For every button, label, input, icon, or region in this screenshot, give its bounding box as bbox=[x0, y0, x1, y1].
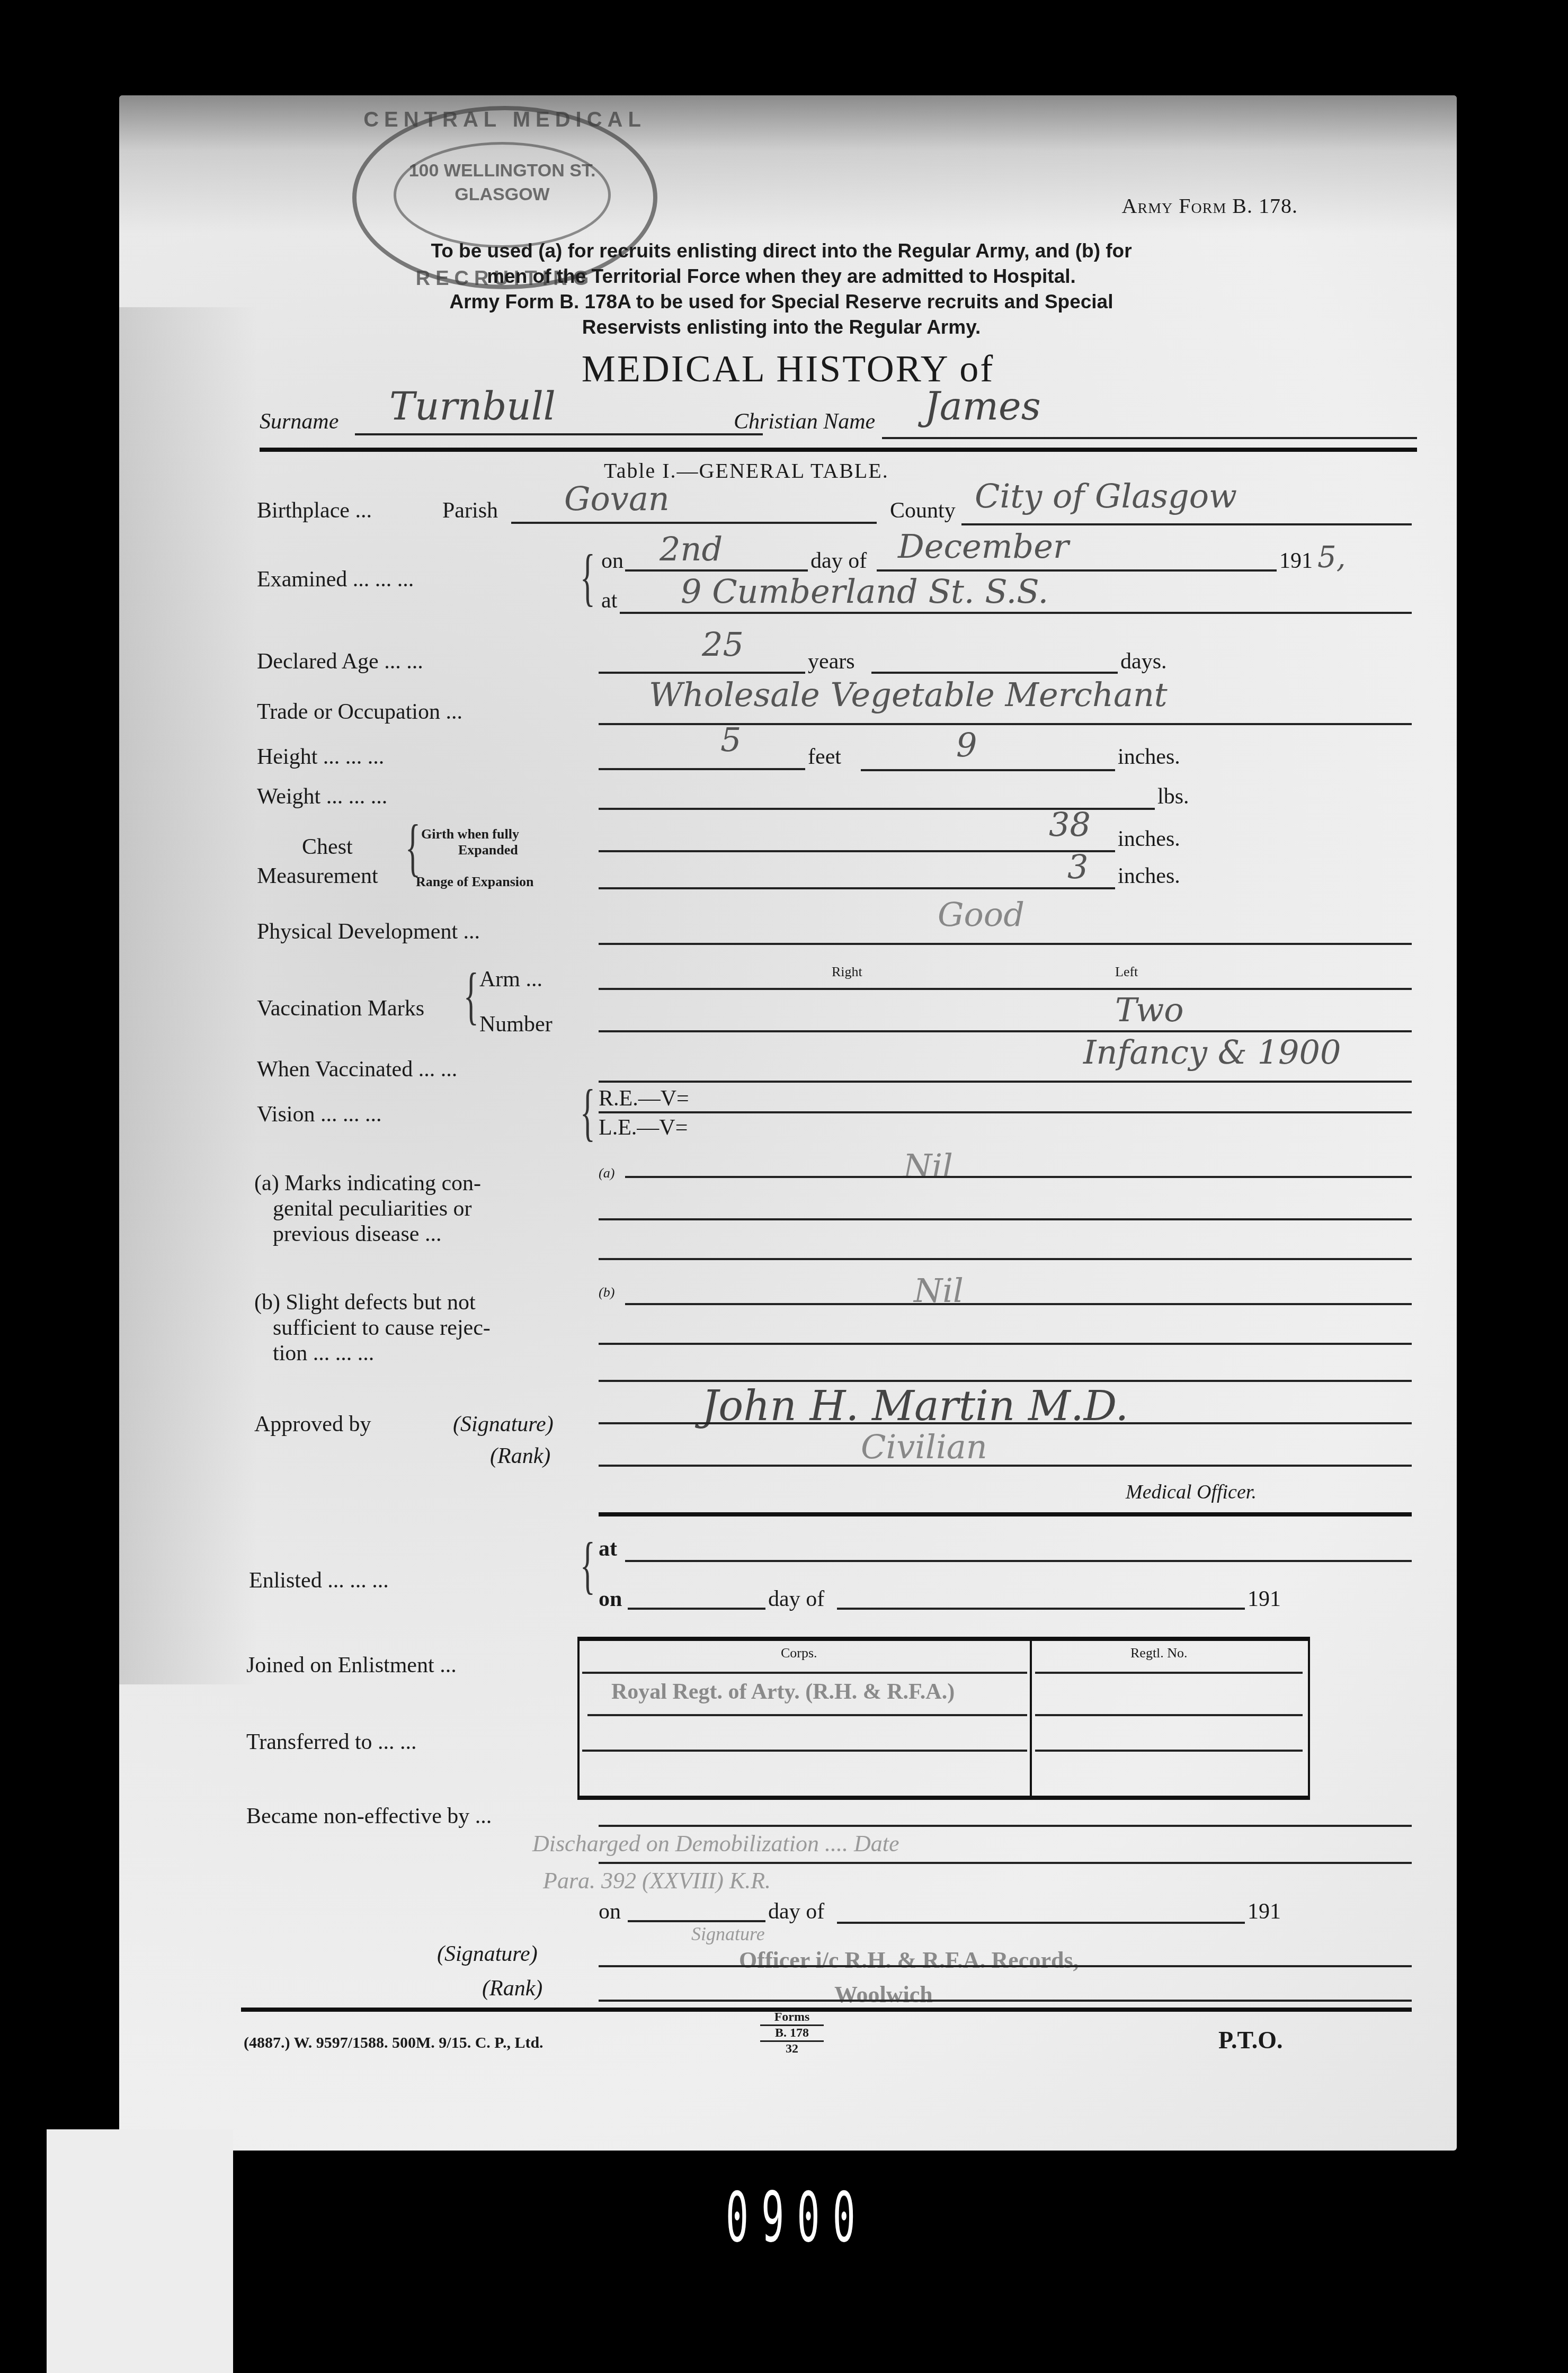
instruction-line-2: men of the Territorial Force when they a… bbox=[225, 264, 1338, 289]
approved-rank-value: Civilian bbox=[861, 1428, 987, 1466]
height-feet-value: 5 bbox=[720, 720, 741, 759]
girth-label-1: Girth when fully bbox=[421, 826, 519, 842]
instruction-line-3: Army Form B. 178A to be used for Special… bbox=[225, 289, 1338, 315]
days-label: days. bbox=[1120, 649, 1167, 674]
vaccination-marks-label: Vaccination Marks bbox=[257, 996, 424, 1021]
non-effective-day-of-label: day of bbox=[768, 1899, 824, 1924]
transferred-to-label: Transferred to ... ... bbox=[246, 1729, 417, 1755]
christian-name-label: Christian Name bbox=[734, 409, 875, 434]
when-vaccinated-value: Infancy & 1900 bbox=[1083, 1033, 1341, 1072]
examined-on-label: on bbox=[601, 548, 623, 574]
stamp-city: GLASGOW bbox=[396, 184, 608, 205]
print-code: (4887.) W. 9597/1588. 500M. 9/15. C. P.,… bbox=[244, 2034, 544, 2052]
corps-table: Corps. Regtl. No. Royal Regt. of Arty. (… bbox=[577, 1637, 1310, 1800]
adjacent-page-strip bbox=[47, 2129, 233, 2373]
height-inches-value: 9 bbox=[956, 726, 977, 764]
years-label: years bbox=[808, 649, 855, 674]
surname-value: Turnbull bbox=[389, 384, 556, 429]
non-effective-year-label: 191 bbox=[1248, 1899, 1281, 1924]
marks-a-label-1: (a) Marks indicating con- bbox=[254, 1171, 481, 1196]
enlisted-brace: { bbox=[580, 1533, 595, 1597]
vision-re-label: R.E.—V= bbox=[599, 1086, 689, 1111]
stamp-address: 100 WELLINGTON ST. bbox=[396, 160, 608, 181]
examined-day-of-label: day of bbox=[810, 548, 867, 574]
vaccination-arm-label: Arm ... bbox=[479, 967, 542, 992]
non-effective-line-1: Discharged on Demobilization .... Date bbox=[532, 1830, 899, 1857]
vaccination-right-header: Right bbox=[832, 964, 862, 980]
measurement-label: Measurement bbox=[257, 863, 378, 889]
vision-brace: { bbox=[580, 1081, 595, 1144]
surname-label: Surname bbox=[260, 409, 338, 434]
vaccination-left-header: Left bbox=[1115, 964, 1138, 980]
defects-b-label-3: tion ... ... ... bbox=[273, 1341, 374, 1366]
examined-at-label: at bbox=[601, 588, 617, 613]
examined-label: Examined ... ... ... bbox=[257, 567, 414, 592]
when-vaccinated-label: When Vaccinated ... ... bbox=[257, 1057, 457, 1082]
chest-brace: { bbox=[405, 816, 421, 879]
declared-age-years-value: 25 bbox=[702, 625, 744, 664]
trade-label: Trade or Occupation ... bbox=[257, 699, 462, 725]
joined-on-enlistment-label: Joined on Enlistment ... bbox=[246, 1653, 457, 1678]
parish-value: Govan bbox=[564, 479, 670, 518]
form-number: Army Form B. 178. bbox=[1122, 193, 1298, 218]
defects-b-label-2: sufficient to cause rejec- bbox=[273, 1315, 491, 1341]
medical-officer-label: Medical Officer. bbox=[1126, 1480, 1257, 1504]
page-title: MEDICAL HISTORY of bbox=[119, 347, 1457, 391]
vaccination-number-left-value: Two bbox=[1115, 991, 1184, 1029]
range-label: Range of Expansion bbox=[416, 874, 534, 890]
physical-development-value: Good bbox=[938, 895, 1024, 934]
examined-year-prefix: 191 bbox=[1279, 548, 1313, 574]
marks-a-marker: (a) bbox=[599, 1165, 614, 1181]
corps-header: Corps. bbox=[781, 1645, 817, 1661]
pto-label: P.T.O. bbox=[1218, 2026, 1282, 2054]
girth-label-2: Expanded bbox=[458, 842, 518, 858]
feet-label: feet bbox=[808, 744, 841, 770]
range-unit: inches. bbox=[1118, 863, 1180, 889]
non-effective-stamp-location: Woolwich bbox=[834, 1981, 933, 2008]
non-effective-rank-label: (Rank) bbox=[482, 1976, 542, 2001]
girth-unit: inches. bbox=[1118, 826, 1180, 852]
forms-number: B. 178 bbox=[760, 2024, 824, 2042]
instruction-line-1: To be used (a) for recruits enlisting di… bbox=[225, 238, 1338, 264]
defects-b-marker: (b) bbox=[599, 1284, 614, 1300]
christian-name-value: James bbox=[924, 384, 1041, 429]
enlisted-year-label: 191 bbox=[1248, 1586, 1281, 1612]
chest-label: Chest bbox=[302, 834, 353, 860]
non-effective-signature-label: (Signature) bbox=[437, 1941, 538, 1967]
vaccination-number-label: Number bbox=[479, 1012, 553, 1037]
approved-by-label: Approved by bbox=[254, 1412, 371, 1437]
approved-rank-label: (Rank) bbox=[490, 1443, 550, 1469]
birthplace-label: Birthplace ... bbox=[257, 498, 372, 523]
marks-a-value: Nil bbox=[903, 1147, 953, 1185]
joined-corps-value: Royal Regt. of Arty. (R.H. & R.F.A.) bbox=[611, 1679, 955, 1705]
chest-range-value: 3 bbox=[1067, 847, 1088, 886]
examined-place-value: 9 Cumberland St. S.S. bbox=[681, 572, 1048, 611]
non-effective-stamp-officer: Officer i/c R.H. & R.F.A. Records, bbox=[739, 1947, 1079, 1974]
instruction-line-4: Reservists enlisting into the Regular Ar… bbox=[225, 315, 1338, 340]
non-effective-label: Became non-effective by ... bbox=[246, 1804, 492, 1829]
vision-label: Vision ... ... ... bbox=[257, 1102, 382, 1127]
enlisted-on-label: on bbox=[599, 1586, 622, 1612]
county-value: City of Glasgow bbox=[975, 477, 1237, 515]
regtl-no-header: Regtl. No. bbox=[1130, 1645, 1188, 1661]
county-label: County bbox=[890, 498, 956, 523]
vision-le-label: L.E.—V= bbox=[599, 1115, 688, 1140]
examined-day-value: 2nd bbox=[660, 530, 723, 568]
forms-label: Forms bbox=[760, 2010, 824, 2024]
declared-age-label: Declared Age ... ... bbox=[257, 649, 423, 674]
document-page: CENTRAL MEDICAL 100 WELLINGTON ST. GLASG… bbox=[119, 95, 1457, 2151]
stamp-ring-top: CENTRAL MEDICAL bbox=[357, 108, 653, 132]
examined-month-value: December bbox=[898, 527, 1069, 566]
enlisted-at-label: at bbox=[599, 1536, 617, 1562]
vaccination-brace: { bbox=[464, 964, 479, 1028]
non-effective-stamp-signature: Signature bbox=[691, 1923, 765, 1945]
enlisted-day-of-label: day of bbox=[768, 1586, 824, 1612]
height-label: Height ... ... ... bbox=[257, 744, 384, 770]
parish-label: Parish bbox=[442, 498, 498, 523]
non-effective-line-2: Para. 392 (XXVIII) K.R. bbox=[543, 1867, 771, 1894]
examined-year-suffix: 5, bbox=[1317, 540, 1346, 575]
enlisted-label: Enlisted ... ... ... bbox=[249, 1568, 389, 1593]
weight-label: Weight ... ... ... bbox=[257, 784, 387, 809]
examined-brace: { bbox=[580, 546, 595, 609]
inches-label: inches. bbox=[1118, 744, 1180, 770]
marks-a-label-3: previous disease ... bbox=[273, 1221, 441, 1247]
trade-value: Wholesale Vegetable Merchant bbox=[649, 675, 1168, 714]
physical-development-label: Physical Development ... bbox=[257, 919, 480, 944]
non-effective-on-label: on bbox=[599, 1899, 621, 1924]
chest-girth-value: 38 bbox=[1049, 805, 1091, 844]
microfilm-frame-number: 0900 bbox=[726, 2177, 868, 2258]
marks-a-label-2: genital peculiarities or bbox=[273, 1196, 472, 1221]
forms-sub: 32 bbox=[760, 2042, 824, 2056]
forms-reference: Forms B. 178 32 bbox=[760, 2010, 824, 2056]
defects-b-label-1: (b) Slight defects but not bbox=[254, 1290, 476, 1315]
approved-signature-label: (Signature) bbox=[453, 1412, 554, 1437]
weight-unit: lbs. bbox=[1157, 784, 1189, 809]
